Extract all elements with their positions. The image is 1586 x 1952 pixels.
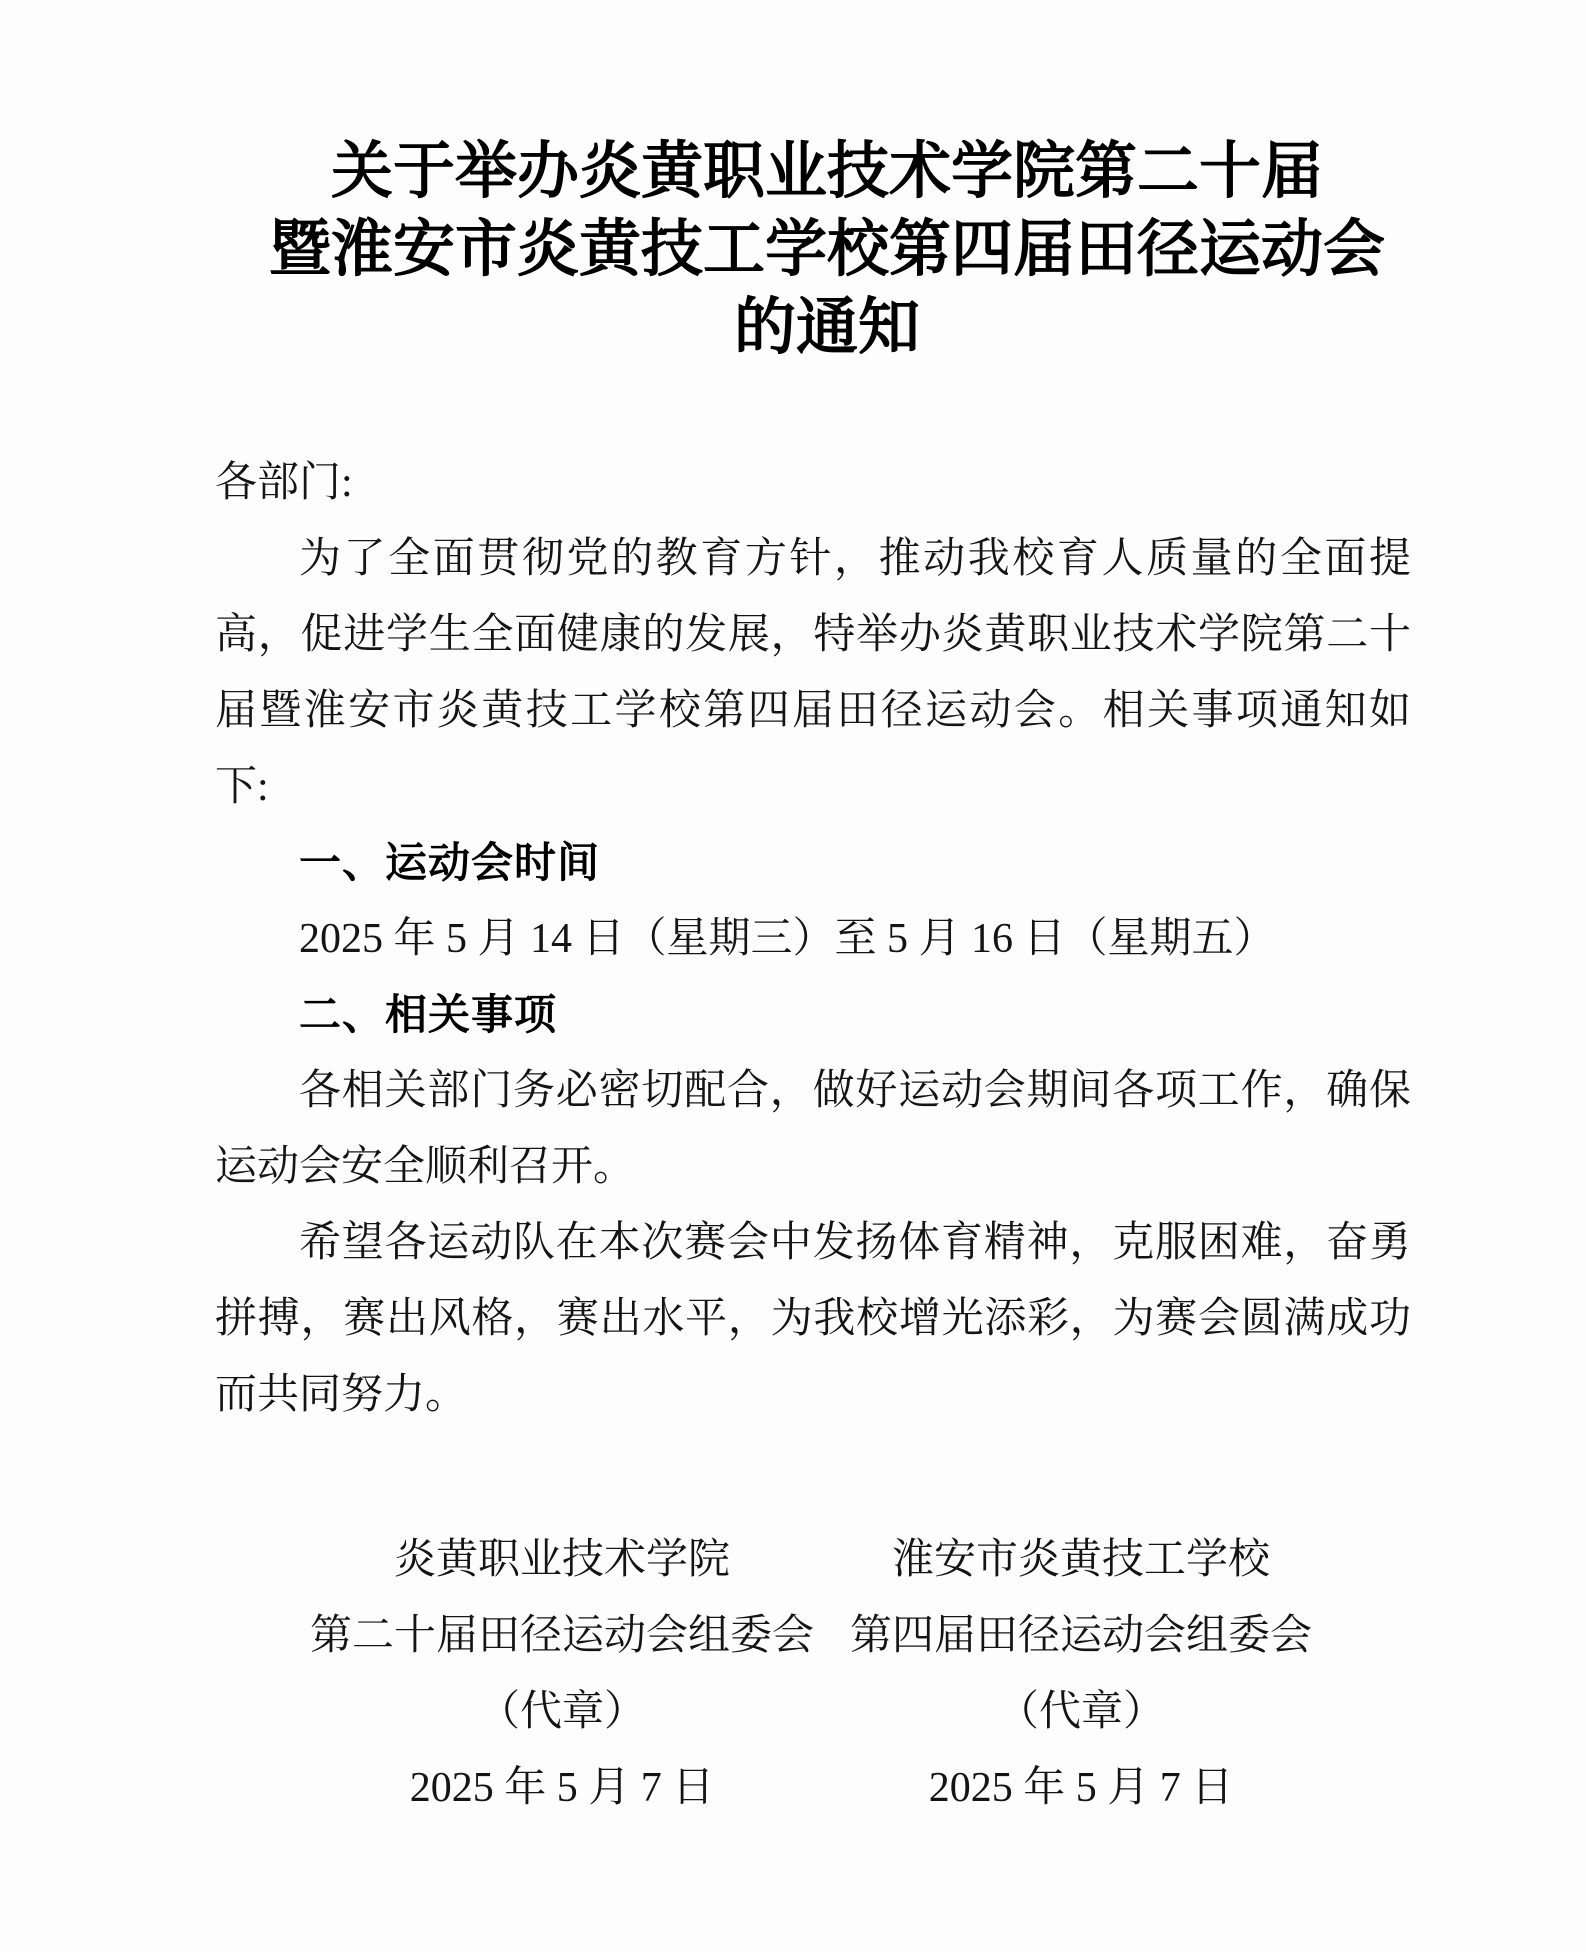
signature-date: 2025 年 5 月 7 日: [297, 1750, 827, 1826]
signature-seal-note: （代章）: [297, 1674, 827, 1750]
signature-committee: 第四届田径运动会组委会: [841, 1598, 1321, 1674]
document-content: 关于举办炎黄职业技术学院第二十届 暨淮安市炎黄技工学校第四届田径运动会 的通知 …: [215, 0, 1411, 1826]
signature-org: 炎黄职业技术学院: [297, 1522, 827, 1598]
event-date-line: 2025 年 5 月 14 日（星期三）至 5 月 16 日（星期五）: [215, 901, 1411, 977]
salutation: 各部门:: [215, 445, 1411, 521]
title-line: 的通知: [243, 289, 1411, 367]
body-line: 希望各运动队在本次赛会中发扬体育精神，克服困难，奋勇: [215, 1205, 1411, 1281]
document-title: 关于举办炎黄职业技术学院第二十届 暨淮安市炎黄技工学校第四届田径运动会 的通知: [215, 0, 1411, 367]
notice-document-page: 关于举办炎黄职业技术学院第二十届 暨淮安市炎黄技工学校第四届田径运动会 的通知 …: [0, 0, 1586, 1952]
title-line: 关于举办炎黄职业技术学院第二十届: [243, 133, 1411, 211]
body-line: 各相关部门务必密切配合，做好运动会期间各项工作，确保: [215, 1053, 1411, 1129]
body-line: 运动会安全顺利召开。: [215, 1129, 1411, 1205]
section-heading-2: 二、相关事项: [215, 977, 1411, 1053]
body-line: 拼搏，赛出风格，赛出水平，为我校增光添彩，为赛会圆满成功: [215, 1281, 1411, 1357]
signature-school: 淮安市炎黄技工学校 第四届田径运动会组委会 （代章） 2025 年 5 月 7 …: [841, 1522, 1321, 1826]
body-line: 届暨淮安市炎黄技工学校第四届田径运动会。相关事项通知如: [215, 673, 1411, 749]
section-heading-1: 一、运动会时间: [215, 825, 1411, 901]
body-line: 下:: [215, 749, 1411, 825]
body-line: 高，促进学生全面健康的发展，特举办炎黄职业技术学院第二十: [215, 597, 1411, 673]
signature-block: 炎黄职业技术学院 第二十届田径运动会组委会 （代章） 2025 年 5 月 7 …: [215, 1522, 1411, 1826]
document-body: 各部门: 为了全面贯彻党的教育方针，推动我校育人质量的全面提 高，促进学生全面健…: [215, 445, 1411, 1433]
signature-college: 炎黄职业技术学院 第二十届田径运动会组委会 （代章） 2025 年 5 月 7 …: [297, 1522, 827, 1826]
title-line: 暨淮安市炎黄技工学校第四届田径运动会: [243, 211, 1411, 289]
signature-date: 2025 年 5 月 7 日: [841, 1750, 1321, 1826]
signature-org: 淮安市炎黄技工学校: [841, 1522, 1321, 1598]
signature-seal-note: （代章）: [841, 1674, 1321, 1750]
body-line: 而共同努力。: [215, 1357, 1411, 1433]
body-line: 为了全面贯彻党的教育方针，推动我校育人质量的全面提: [215, 521, 1411, 597]
signature-committee: 第二十届田径运动会组委会: [297, 1598, 827, 1674]
